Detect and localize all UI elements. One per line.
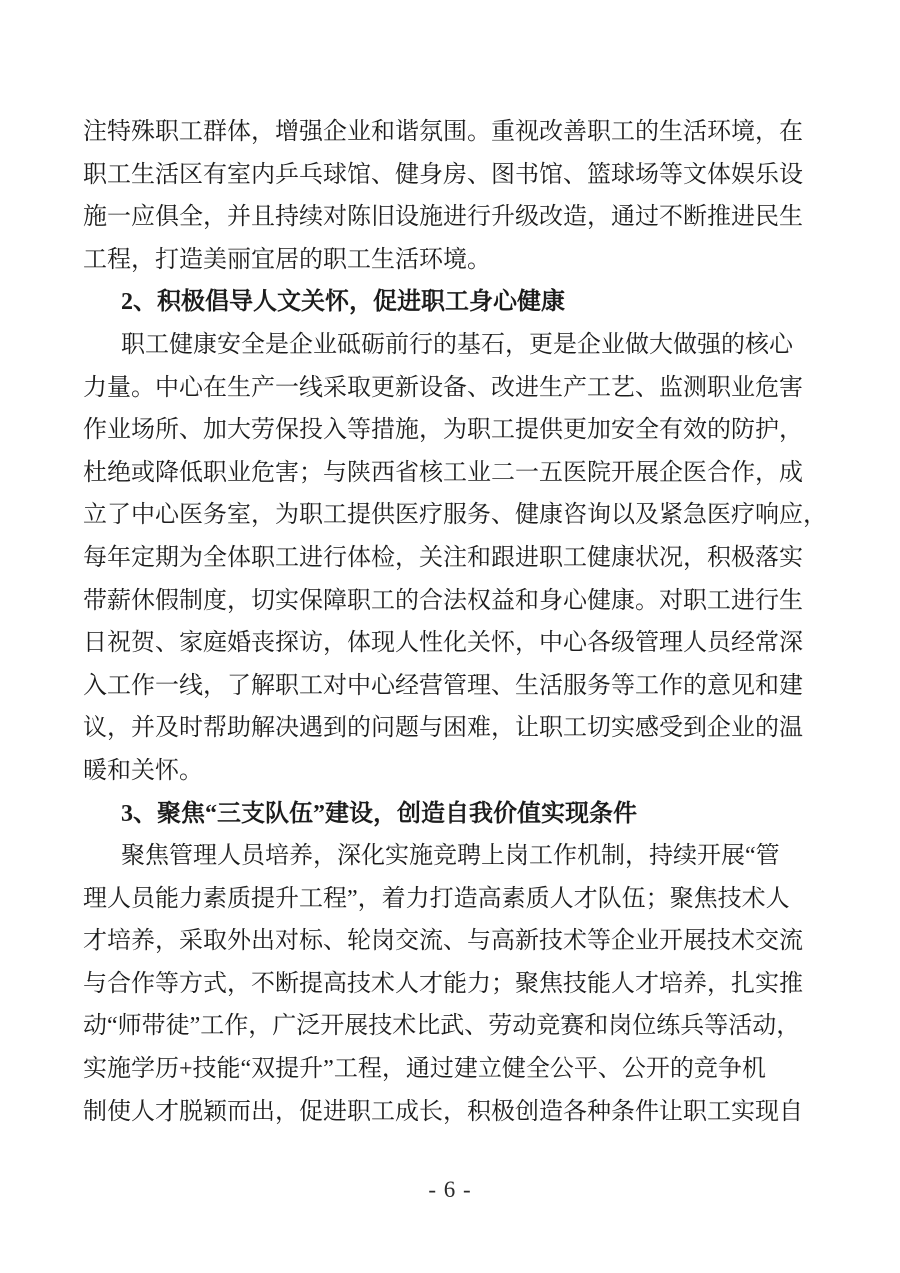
text-line: 日祝贺、家庭婚丧探访，体现人性化关怀，中心各级管理人员经常深 (83, 622, 817, 665)
text-line: 实施学历+技能“双提升”工程，通过建立健全公平、公开的竞争机 (83, 1048, 817, 1091)
page-number: - 6 - (428, 1177, 471, 1202)
text-line: 议，并及时帮助解决遇到的问题与困难，让职工切实感受到企业的温 (83, 707, 817, 750)
section-heading-2: 2、积极倡导人文关怀，促进职工身心健康 (83, 281, 817, 324)
text-line: 作业场所、加大劳保投入等措施，为职工提供更加安全有效的防护， (83, 409, 817, 452)
text-line: 制使人才脱颖而出，促进职工成长，积极创造各种条件让职工实现自 (83, 1091, 817, 1134)
document-body: 注特殊职工群体，增强企业和谐氛围。重视改善职工的生活环境，在 职工生活区有室内乒… (83, 111, 817, 1133)
text-line: 杜绝或降低职业危害；与陕西省核工业二一五医院开展企医合作，成 (83, 452, 817, 495)
text-line: 职工健康安全是企业砥砺前行的基石，更是企业做大做强的核心 (83, 324, 817, 367)
text-line: 入工作一线，了解职工对中心经营管理、生活服务等工作的意见和建 (83, 665, 817, 708)
text-line: 立了中心医务室，为职工提供医疗服务、健康咨询以及紧急医疗响应， (83, 494, 817, 537)
section-heading-3: 3、聚焦“三支队伍”建设，创造自我价值实现条件 (83, 793, 817, 836)
text-line: 暖和关怀。 (83, 750, 817, 793)
text-line: 聚焦管理人员培养，深化实施竞聘上岗工作机制，持续开展“管 (83, 835, 817, 878)
document-page: 注特殊职工群体，增强企业和谐氛围。重视改善职工的生活环境，在 职工生活区有室内乒… (0, 0, 900, 1273)
text-line: 才培养，采取外出对标、轮岗交流、与高新技术等企业开展技术交流 (83, 920, 817, 963)
text-line: 工程，打造美丽宜居的职工生活环境。 (83, 239, 817, 282)
text-line: 与合作等方式，不断提高技术人才能力；聚焦技能人才培养，扎实推 (83, 963, 817, 1006)
text-line: 带薪休假制度，切实保障职工的合法权益和身心健康。对职工进行生 (83, 580, 817, 623)
text-line: 动“师带徒”工作，广泛开展技术比武、劳动竞赛和岗位练兵等活动， (83, 1005, 817, 1048)
text-line: 力量。中心在生产一线采取更新设备、改进生产工艺、监测职业危害 (83, 367, 817, 410)
text-line: 施一应俱全，并且持续对陈旧设施进行升级改造，通过不断推进民生 (83, 196, 817, 239)
text-line: 职工生活区有室内乒乓球馆、健身房、图书馆、篮球场等文体娱乐设 (83, 154, 817, 197)
text-line: 每年定期为全体职工进行体检，关注和跟进职工健康状况，积极落实 (83, 537, 817, 580)
page-footer: - 6 - (0, 1174, 900, 1206)
text-line: 注特殊职工群体，增强企业和谐氛围。重视改善职工的生活环境，在 (83, 111, 817, 154)
text-line: 理人员能力素质提升工程”，着力打造高素质人才队伍；聚焦技术人 (83, 878, 817, 921)
